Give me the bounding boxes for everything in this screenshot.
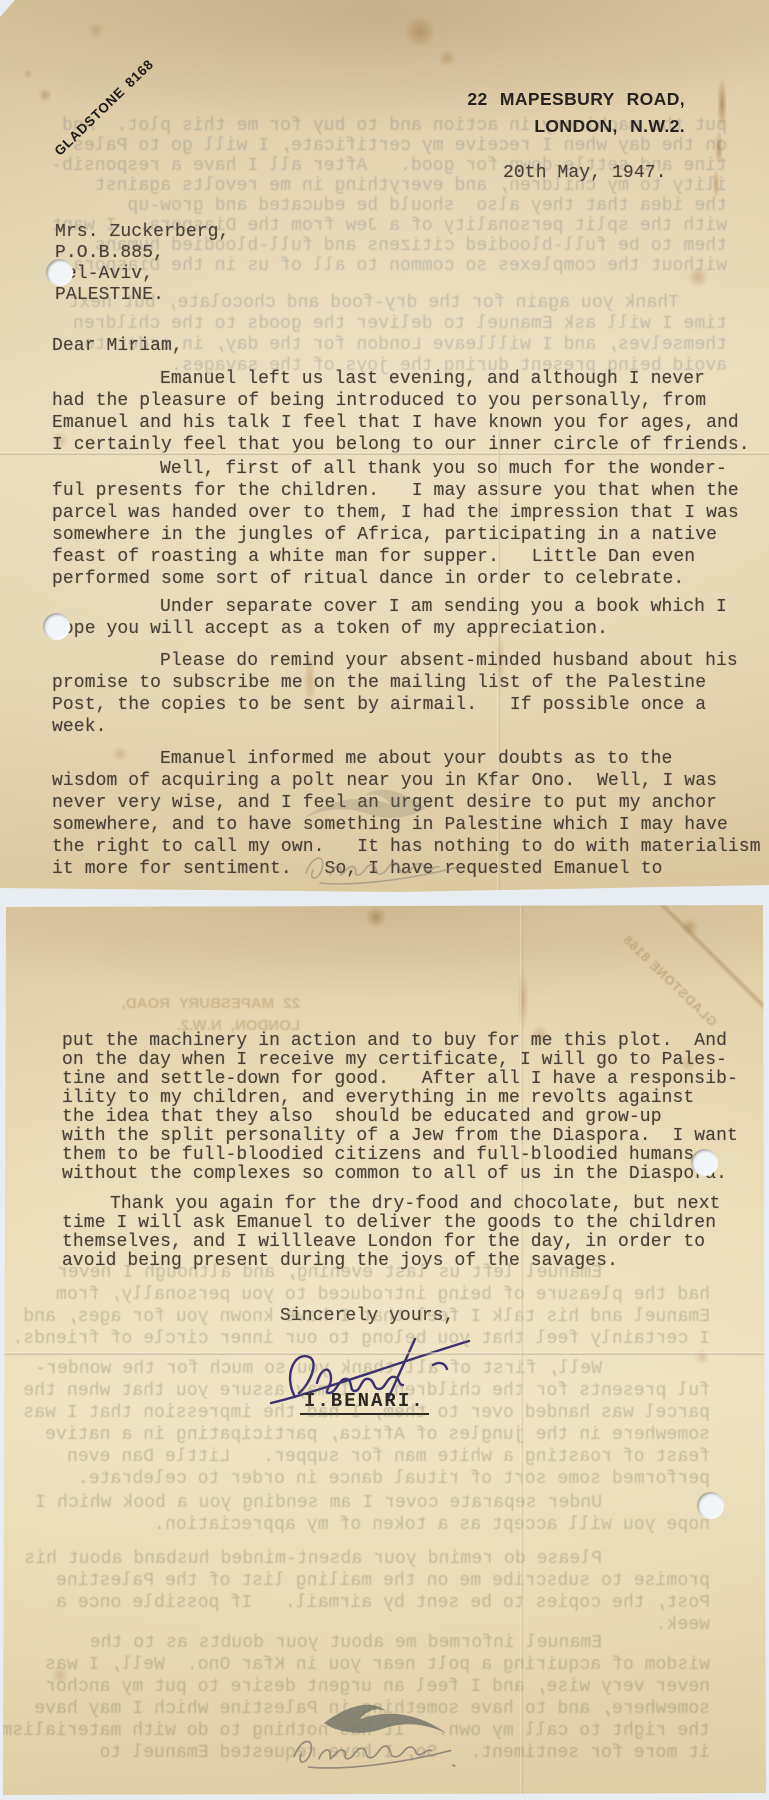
text-line: on the day when I receive my certificate… (62, 1051, 738, 1070)
text-line: Under separate cover I am sending you a … (52, 596, 727, 618)
text-line: Thank you again for the dry-food and cho… (62, 1195, 721, 1214)
text-line: Emanuel and his talk I feel that I have … (60, 1306, 710, 1328)
text-line: Post, the copies to be sent by airmail. … (52, 694, 738, 716)
text-line: had the pleasure of being introduced to … (60, 1284, 710, 1306)
text-line: Post, the copies to be sent by airmail. … (60, 1592, 710, 1614)
text-line: Please do remind your absent-minded husb… (60, 1548, 710, 1570)
text-line: Please do remind your absent-minded husb… (52, 650, 738, 672)
text-line: Emanuel left us last evening, and althou… (60, 1262, 710, 1284)
text-line: themselves, and I willleave London for t… (115, 335, 727, 356)
pencil-signature (288, 1725, 463, 1773)
punch-hole (691, 1149, 718, 1176)
paragraph: put the machinery in action and to buy f… (62, 1032, 738, 1184)
text-line: hope you will accept as a token of my ap… (52, 618, 727, 640)
fold-crease (0, 1352, 769, 1355)
bird-mark-ghost (300, 780, 430, 822)
text-line: Well, first of all thank you so much for… (52, 458, 739, 480)
bleedthrough-letterhead-line1: 22 MAPESBURY ROAD, (85, 993, 300, 1015)
text-line: week. (52, 716, 738, 738)
text-line: tine and settle-down for good. After all… (62, 1070, 738, 1089)
text-line: the idea that they also should be educat… (62, 1108, 738, 1127)
text-line: had the pleasure of being introduced to … (52, 390, 750, 412)
text-line: ful presents for the children. I may ass… (60, 1380, 710, 1402)
letter-page-1: put the machinery in action and to buy f… (0, 0, 769, 892)
letterhead-line2: LONDON, N.W.2. (400, 113, 685, 140)
recipient-address: Mrs. Zuckerberg,P.O.B.885,Tel-Aviv,PALES… (55, 222, 229, 306)
text-line: I certainly feel that you belong to our … (60, 1328, 710, 1350)
text-line: Well, first of all thank you so much for… (60, 1358, 710, 1380)
punch-hole (43, 613, 70, 640)
pencil-signature (300, 843, 470, 888)
letter-page-2: 22 MAPESBURY ROAD, LONDON, N.W.2. GLADST… (0, 905, 769, 1795)
scanned-letter-document: { "document": { "type": "typewritten let… (0, 0, 769, 1800)
paragraph: Thank you again for the dry-food and cho… (62, 1195, 721, 1271)
fold-crease (0, 452, 769, 455)
text-line: hope you will accept as a token of my ap… (60, 1514, 710, 1536)
text-line: somewhere in the jungles of Africa, part… (60, 1424, 710, 1446)
text-line: Emanuel informed me about your doubts as… (52, 748, 761, 770)
text-line: Emanuel informed me about your doubts as… (60, 1632, 710, 1654)
fold-crease (520, 905, 523, 1795)
text-line: Mrs. Zuckerberg, (55, 222, 229, 243)
text-line: with the split personality of a Jew from… (62, 1127, 738, 1146)
text-line: wisdom of acquiring a polt near you in K… (60, 1654, 710, 1676)
paragraph: Please do remind your absent-minded husb… (52, 650, 738, 738)
text-line: put the machinery in action and to buy f… (62, 1032, 738, 1051)
text-line: ful presents for the children. I may ass… (52, 480, 739, 502)
text-line: time I will ask Emanuel to deliver the g… (62, 1214, 721, 1233)
punch-hole (697, 1492, 724, 1519)
letterhead-address: 22 MAPESBURY ROAD, LONDON, N.W.2. (400, 86, 685, 140)
text-line: parcel was handed over to them, I had th… (52, 502, 739, 524)
punch-hole (46, 259, 73, 286)
paragraph: Under separate cover I am sending you a … (52, 596, 727, 640)
text-line: ility to my children, and everything in … (62, 1089, 738, 1108)
text-line: performed some sort of ritual dance in o… (52, 568, 739, 590)
text-line: promise to subscribe me on the mailing l… (52, 672, 738, 694)
text-line: without the complexes so common to all o… (62, 1165, 738, 1184)
paragraph: Well, first of all thank you so much for… (52, 458, 739, 590)
text-line: themselves, and I willleave London for t… (62, 1233, 721, 1252)
text-line: performed some sort of ritual dance in o… (60, 1468, 710, 1490)
text-line: Emanuel and his talk I feel that I have … (52, 412, 750, 434)
text-line: promise to subscribe me on the mailing l… (60, 1570, 710, 1592)
text-line: time I will ask Emanuel to deliver the g… (115, 314, 727, 335)
text-line: parcel was handed over to them, I had th… (60, 1402, 710, 1424)
text-line: PALESTINE. (55, 285, 229, 306)
paragraph: Emanuel left us last evening, and althou… (52, 368, 750, 456)
text-line: Tel-Aviv, (55, 264, 229, 285)
salutation: Dear Miriam, (52, 335, 183, 357)
text-line: them to be full-bloodied citizens and fu… (62, 1146, 738, 1165)
bleedthrough-paragraph: Please do remind your absent-minded husb… (60, 1548, 710, 1636)
letterhead-line1: 22 MAPESBURY ROAD, (400, 86, 685, 113)
bleedthrough-paragraph: Under separate cover I am sending you a … (60, 1492, 710, 1536)
bleedthrough-paragraph: Well, first of all thank you so much for… (60, 1358, 710, 1490)
text-line: the idea that they also should be educat… (115, 196, 727, 216)
bleedthrough-paragraph: Emanuel left us last evening, and althou… (60, 1262, 710, 1350)
text-line: Under separate cover I am sending you a … (60, 1492, 710, 1514)
text-line: feast of roasting a white man for supper… (52, 546, 739, 568)
date-line: 20th May, 1947. (503, 162, 667, 184)
text-line: somewhere in the jungles of Africa, part… (52, 524, 739, 546)
fold-crease (497, 430, 500, 892)
text-line: feast of roasting a white man for supper… (60, 1446, 710, 1468)
text-line: Emanuel left us last evening, and althou… (52, 368, 750, 390)
text-line: P.O.B.885, (55, 243, 229, 264)
